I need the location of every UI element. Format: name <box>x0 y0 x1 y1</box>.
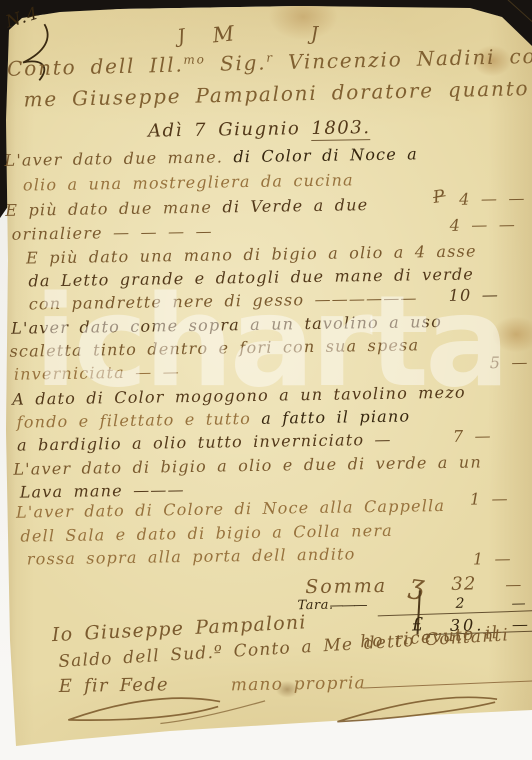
entry-line: L'aver dato di bigio a olio e due di ver… <box>13 452 482 478</box>
entry-line: dell Sala e dato di bigio a Colla nera <box>20 521 393 546</box>
amount-value: 7 — <box>453 426 492 446</box>
account-title-line1: Conto dell Ill.mo Sig.r Vincenzio Nadini… <box>7 44 532 81</box>
signature-underline <box>363 680 532 688</box>
summary-somma-dash: — <box>505 575 522 594</box>
summary-tara-dash: ——— <box>329 597 365 614</box>
entry-text: fondo e filettato e tutto <box>17 409 262 432</box>
amount-value: 10 — <box>449 285 500 305</box>
amount-value: 4 — — <box>449 215 516 235</box>
entry-line: Lava mane ——— <box>20 480 185 502</box>
invocation-letter-mid: M <box>211 21 236 47</box>
manuscript-photo: N.4 J M J Conto dell Ill.mo Sig.r Vincen… <box>0 0 532 760</box>
signature-flourish-right <box>325 689 506 730</box>
entry-line: scaletta tinto dentro e fori con sua spe… <box>9 335 419 360</box>
entry-text-dark: a fatto il piano <box>261 407 410 428</box>
date-line: Adì 7 Giugnio 1803. <box>148 117 371 141</box>
entry-text: L'aver dato due mane. <box>4 147 223 169</box>
signature-flourish-left <box>60 689 231 732</box>
summary-tara-value: 2 <box>455 596 465 612</box>
date-prefix: Adì 7 Giugnio <box>148 118 312 142</box>
invocation-letter-right: J <box>310 23 319 45</box>
entry-line: E più dato una mano di bigio a olio a 4 … <box>26 241 477 267</box>
entry-line: a bardiglio a olio tutto inverniciato — <box>17 430 392 455</box>
amount-value: 1 — <box>470 489 509 509</box>
ink-layer: N.4 J M J Conto dell Ill.mo Sig.r Vincen… <box>0 0 532 760</box>
entry-line: E più dato due mane di Verde a due <box>5 195 368 220</box>
summary-somma-symbol: ʒ <box>407 569 427 602</box>
summary-somma-label: Somma <box>305 575 387 598</box>
account-title-line2: me Giuseppe Pampaloni doratore quanto Ap… <box>23 75 532 112</box>
currency-symbol: P <box>432 186 448 208</box>
invocation-letter-left: J <box>176 25 188 48</box>
entry-line: L'aver dato come sopra a un tavolino a u… <box>11 312 442 338</box>
entry-line: A dato di Color mogogono a un tavolino m… <box>12 383 466 409</box>
amount-value: 5 — <box>490 353 529 373</box>
summary-somma-value: 32 <box>451 573 477 594</box>
entry-line: inverniciata — — <box>14 362 180 384</box>
entry-line: da Letto grande e datogli due mane di ve… <box>28 264 474 290</box>
summary-tara-dash-2: — <box>511 596 526 612</box>
date-year: 1803. <box>311 117 370 141</box>
lira-sign: P <box>432 186 448 208</box>
title-superscript: mo <box>183 52 206 67</box>
entry-text-dark: di Verde a due <box>212 195 368 216</box>
amount-value: 1 — <box>473 549 512 569</box>
entry-line: L'aver dato due mane. di Color di Noce a <box>4 144 418 169</box>
entry-line: orinaliere — — — — <box>12 222 213 244</box>
entry-text: E più dato due mane <box>5 198 212 220</box>
title-part: Sig. <box>205 50 266 75</box>
entry-line: rossa sopra alla porta dell andito <box>27 544 356 568</box>
amount-value: 4 — — <box>459 189 526 209</box>
entry-line: olio a una mostregliera da cucina <box>23 170 354 194</box>
entry-line: fondo e filettato e tutto a fatto il pia… <box>17 407 411 432</box>
title-part: Conto dell Ill. <box>7 52 184 80</box>
entry-line: con pandrette nere di gesso —————— <box>29 288 418 313</box>
entry-text-dark: di Color di Noce a <box>223 144 418 166</box>
title-part: Vincenzio Nadini con <box>274 44 532 75</box>
